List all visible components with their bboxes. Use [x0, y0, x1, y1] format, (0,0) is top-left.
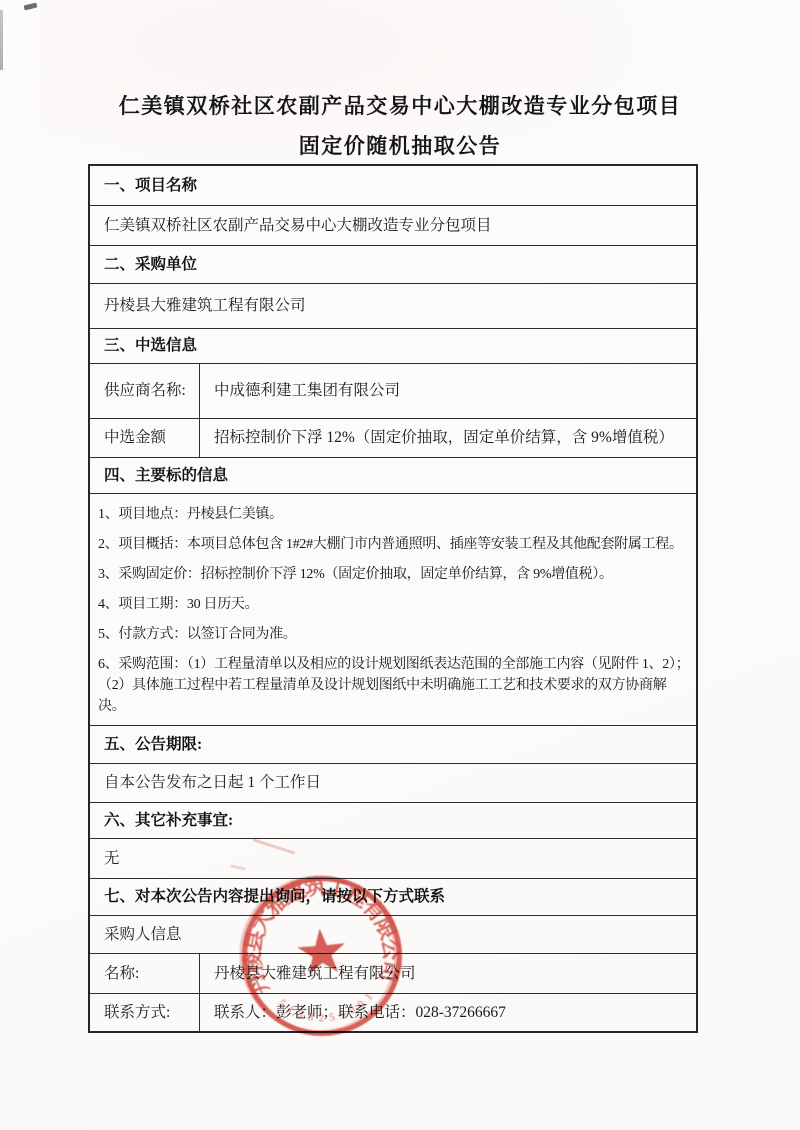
item-payment-method: 5、付款方式：以签订合同为准。 — [98, 624, 691, 645]
selected-amount-label-cell: 中选金额 — [90, 419, 200, 457]
contact-name-label: 名称: — [104, 964, 139, 983]
supplier-name-row: 供应商名称: 中成德利建工集团有限公司 — [90, 364, 696, 419]
section7-header: 七、对本次公告内容提出询问，请按以下方式联系 — [104, 887, 445, 906]
supplier-name-label: 供应商名称: — [104, 381, 186, 400]
section1-header-row: 一、项目名称 — [90, 166, 696, 206]
contact-method-value-cell: 联系人：彭老师；联系电话：028-37266667 — [200, 994, 696, 1031]
scan-mark-artifact — [0, 10, 3, 70]
document-title-line2: 固定价随机抽取公告 — [0, 130, 800, 160]
section4-header-row: 四、主要标的信息 — [90, 458, 696, 494]
item-procurement-scope: 6、采购范围：（1）工程量清单以及相应的设计规划图纸表达范围的全部施工内容（见附… — [98, 654, 691, 717]
section5-header-row: 五、公告期限: — [90, 726, 696, 764]
purchasing-unit: 丹棱县大雅建筑工程有限公司 — [104, 296, 306, 315]
item-project-overview: 2、项目概括：本项目总体包含 1#2#大棚门市内普通照明、插座等安装工程及其他配… — [98, 534, 691, 555]
section6-header-row: 六、其它补充事宜: — [90, 803, 696, 839]
document-title-line1: 仁美镇双桥社区农副产品交易中心大棚改造专业分包项目 — [0, 90, 800, 120]
item-project-location: 1、项目地点：丹棱县仁美镇。 — [98, 504, 691, 525]
section5-header: 五、公告期限: — [104, 735, 202, 754]
contact-name-value: 丹棱县大雅建筑工程有限公司 — [214, 964, 416, 983]
announcement-period: 自本公告发布之日起 1 个工作日 — [104, 773, 321, 792]
section5-content-row: 自本公告发布之日起 1 个工作日 — [90, 764, 696, 803]
document-page: 仁美镇双桥社区农副产品交易中心大棚改造专业分包项目 固定价随机抽取公告 一、项目… — [0, 0, 800, 1130]
purchaser-info-label: 采购人信息 — [104, 925, 182, 944]
section7-header-row: 七、对本次公告内容提出询问，请按以下方式联系 — [90, 879, 696, 916]
scan-mark-artifact — [24, 3, 38, 11]
supplier-name-label-cell: 供应商名称: — [90, 364, 200, 418]
item-project-duration: 4、项目工期：30 日历天。 — [98, 594, 691, 615]
selected-amount-label: 中选金额 — [104, 428, 166, 447]
contact-name-label-cell: 名称: — [90, 954, 200, 993]
project-name: 仁美镇双桥社区农副产品交易中心大棚改造专业分包项目 — [104, 216, 492, 235]
supplier-name-value-cell: 中成德利建工集团有限公司 — [200, 364, 696, 418]
section6-content-row: 无 — [90, 839, 696, 879]
contact-method-row: 联系方式: 联系人：彭老师；联系电话：028-37266667 — [90, 994, 696, 1031]
section2-content-row: 丹棱县大雅建筑工程有限公司 — [90, 284, 696, 329]
section2-header-row: 二、采购单位 — [90, 246, 696, 284]
contact-name-value-cell: 丹棱县大雅建筑工程有限公司 — [200, 954, 696, 993]
purchaser-info-row: 采购人信息 — [90, 916, 696, 954]
contact-name-row: 名称: 丹棱县大雅建筑工程有限公司 — [90, 954, 696, 994]
section2-header: 二、采购单位 — [104, 255, 197, 274]
section4-items-cell: 1、项目地点：丹棱县仁美镇。 2、项目概括：本项目总体包含 1#2#大棚门市内普… — [90, 494, 696, 726]
section1-header: 一、项目名称 — [104, 176, 197, 195]
section3-header-row: 三、中选信息 — [90, 329, 696, 364]
supplementary-matters: 无 — [104, 849, 120, 868]
selected-amount-value-cell: 招标控制价下浮 12%（固定价抽取，固定单价结算，含 9%增值税） — [200, 419, 696, 457]
supplier-name-value: 中成德利建工集团有限公司 — [214, 381, 400, 400]
announcement-table: 一、项目名称 仁美镇双桥社区农副产品交易中心大棚改造专业分包项目 二、采购单位 … — [88, 164, 698, 1033]
section3-header: 三、中选信息 — [104, 336, 197, 355]
section6-header: 六、其它补充事宜: — [104, 811, 233, 830]
section4-header: 四、主要标的信息 — [104, 466, 228, 485]
contact-method-value: 联系人：彭老师；联系电话：028-37266667 — [214, 1003, 506, 1022]
selected-amount-value: 招标控制价下浮 12%（固定价抽取，固定单价结算，含 9%增值税） — [214, 428, 674, 447]
contact-method-label-cell: 联系方式: — [90, 994, 200, 1031]
contact-method-label: 联系方式: — [104, 1003, 170, 1022]
section1-content-row: 仁美镇双桥社区农副产品交易中心大棚改造专业分包项目 — [90, 206, 696, 246]
item-fixed-price: 3、采购固定价：招标控制价下浮 12%（固定价抽取，固定单价结算，含 9%增值税… — [98, 564, 691, 585]
selected-amount-row: 中选金额 招标控制价下浮 12%（固定价抽取，固定单价结算，含 9%增值税） — [90, 419, 696, 458]
